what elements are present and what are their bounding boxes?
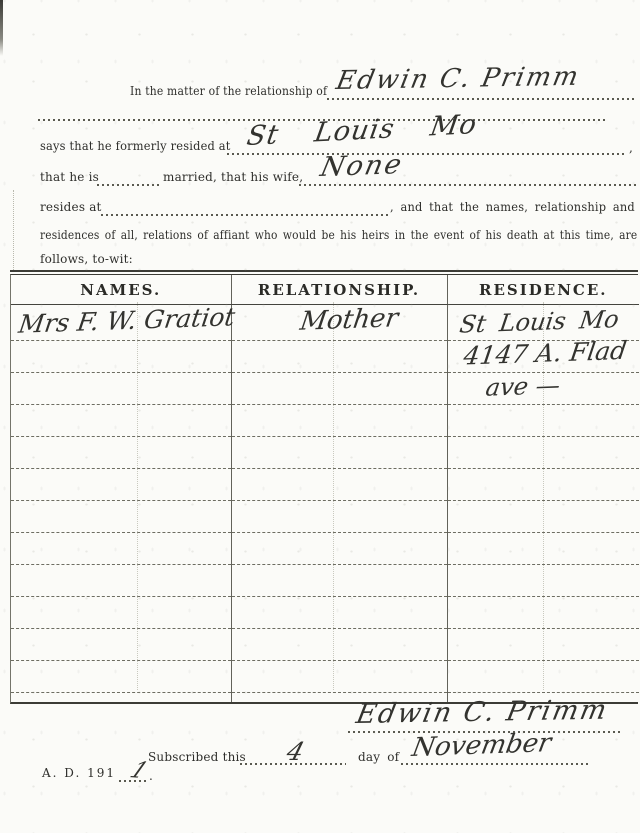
table-row: Mrs F. W. Gratiot Mother St Louis Mo bbox=[11, 305, 639, 341]
name-cell bbox=[11, 469, 231, 501]
resided-suffix: , bbox=[629, 141, 633, 155]
residence-cell bbox=[447, 533, 639, 565]
year-suffix: . bbox=[149, 769, 153, 783]
relationship-cell bbox=[231, 341, 447, 373]
name-cell bbox=[11, 405, 231, 437]
name-cell bbox=[11, 661, 231, 693]
table-row bbox=[11, 629, 639, 661]
col-header-names: NAMES. bbox=[11, 275, 231, 305]
table-row bbox=[11, 661, 639, 693]
name-cell: Mrs F. W. Gratiot bbox=[11, 305, 231, 341]
matter-label: In the matter of the relationship of bbox=[130, 84, 327, 98]
relationship-cell bbox=[231, 533, 447, 565]
name-cell bbox=[11, 341, 231, 373]
resides-label: resides at bbox=[40, 200, 102, 214]
resides-suffix: , and that the names, relationship and bbox=[390, 200, 635, 214]
month-blank-line bbox=[401, 763, 589, 765]
table-row bbox=[11, 533, 639, 565]
resided-label: says that he formerly resided at bbox=[40, 139, 231, 153]
col-header-relationship: RELATIONSHIP. bbox=[231, 275, 447, 305]
table-header-row: NAMES. RELATIONSHIP. RESIDENCE. bbox=[11, 275, 639, 305]
name-cell bbox=[11, 693, 231, 703]
married-blank-line-1 bbox=[97, 184, 160, 186]
residence-cell: 4147 A. Flad bbox=[447, 341, 639, 373]
heirs-table: NAMES. RELATIONSHIP. RESIDENCE. Mrs F. W… bbox=[10, 270, 638, 704]
relationship-cell bbox=[231, 469, 447, 501]
scan-edge-artifact bbox=[0, 0, 3, 56]
matter-value-handwriting: Edwin C. Primm bbox=[334, 64, 582, 94]
table-row bbox=[11, 501, 639, 533]
relationship-cell bbox=[231, 597, 447, 629]
relationship-cell bbox=[231, 565, 447, 597]
table-row: 4147 A. Flad bbox=[11, 341, 639, 373]
left-margin-guide bbox=[13, 190, 14, 270]
day-of-label: day of bbox=[358, 750, 399, 764]
residence-cell: St Louis Mo bbox=[447, 305, 639, 341]
table-row bbox=[11, 405, 639, 437]
scanned-affidavit-form: In the matter of the relationship of Edw… bbox=[0, 0, 640, 833]
name-handwriting: Mrs F. W. Gratiot bbox=[11, 304, 237, 337]
name-cell bbox=[11, 597, 231, 629]
year-value-handwriting: 1 bbox=[126, 760, 151, 783]
relationship-cell bbox=[231, 405, 447, 437]
residence-cell bbox=[447, 661, 639, 693]
col-header-residence: RESIDENCE. bbox=[447, 275, 639, 305]
residence-cell bbox=[447, 469, 639, 501]
subscribed-label: Subscribed this bbox=[148, 750, 246, 764]
year-label: A. D. 191 bbox=[42, 766, 116, 780]
body-line-end: follows, to-wit: bbox=[40, 252, 133, 266]
heirs-table-inner: NAMES. RELATIONSHIP. RESIDENCE. Mrs F. W… bbox=[10, 274, 638, 704]
name-cell bbox=[11, 501, 231, 533]
name-cell bbox=[11, 565, 231, 597]
relationship-cell bbox=[231, 629, 447, 661]
table-row bbox=[11, 437, 639, 469]
signature-handwriting: Edwin C. Primm bbox=[354, 697, 611, 728]
name-cell bbox=[11, 437, 231, 469]
name-cell bbox=[11, 373, 231, 405]
residence-cell bbox=[447, 565, 639, 597]
heirs-table-grid: NAMES. RELATIONSHIP. RESIDENCE. Mrs F. W… bbox=[11, 275, 639, 702]
resided-value-handwriting: St Louis Mo bbox=[245, 111, 479, 150]
name-cell bbox=[11, 533, 231, 565]
month-value-handwriting: November bbox=[410, 730, 553, 761]
residence-cell bbox=[447, 405, 639, 437]
relationship-cell bbox=[231, 437, 447, 469]
residence-cell bbox=[447, 501, 639, 533]
relationship-cell bbox=[231, 501, 447, 533]
residence-cell bbox=[447, 437, 639, 469]
residence-handwriting: 4147 A. Flad bbox=[448, 338, 628, 369]
residence-handwriting: St Louis Mo bbox=[448, 307, 621, 337]
residence-cell: ave — bbox=[447, 373, 639, 405]
married-label-b: married, that his wife, bbox=[163, 170, 303, 184]
relationship-handwriting: Mother bbox=[232, 305, 400, 337]
residence-handwriting: ave — bbox=[448, 373, 562, 401]
relationship-cell bbox=[231, 373, 447, 405]
residence-cell bbox=[447, 629, 639, 661]
married-label-a: that he is bbox=[40, 170, 99, 184]
resides-blank-line bbox=[101, 214, 388, 216]
table-row bbox=[11, 565, 639, 597]
matter-blank-line bbox=[327, 98, 637, 100]
relationship-cell bbox=[231, 661, 447, 693]
body-line: residences of all, relations of affiant … bbox=[40, 227, 640, 242]
table-row: ave — bbox=[11, 373, 639, 405]
name-cell bbox=[11, 629, 231, 661]
resided-blank-line bbox=[227, 153, 627, 155]
wife-blank-line bbox=[299, 184, 637, 186]
table-row bbox=[11, 597, 639, 629]
relationship-cell: Mother bbox=[231, 305, 447, 341]
wife-value-handwriting: None bbox=[318, 151, 406, 181]
residence-cell bbox=[447, 597, 639, 629]
table-row bbox=[11, 469, 639, 501]
day-value-handwriting: 4 bbox=[284, 739, 307, 764]
